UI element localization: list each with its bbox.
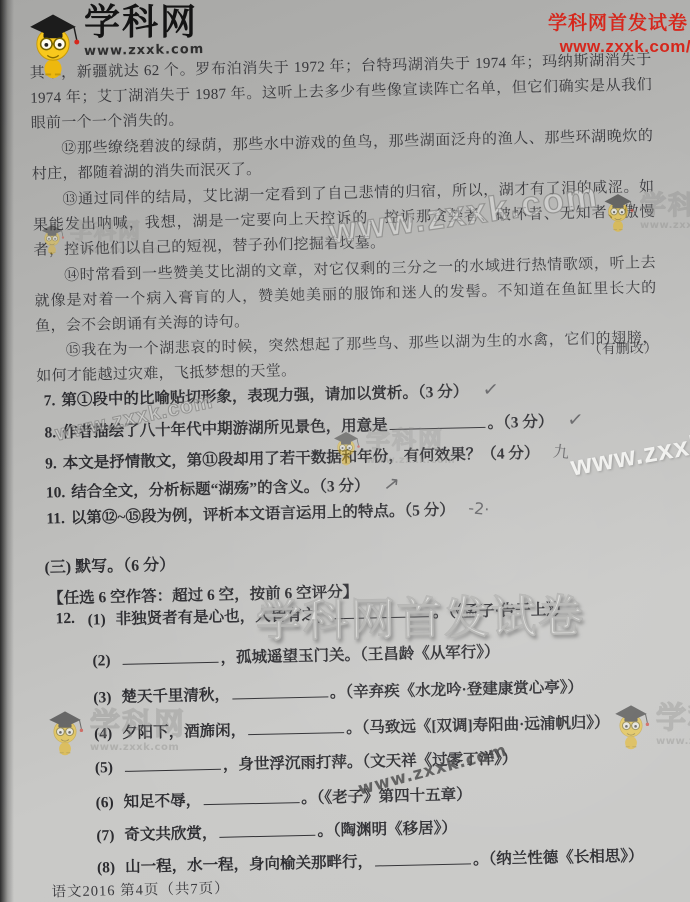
page-footer: 语文2016 第4页（共7页） [51,877,230,902]
item-source: 。（马致远《[双调]寿阳曲·远浦帆归》） [346,714,610,737]
dictation-item-6: (6)知足不辱，。（《老子》第四十五章） [95,780,675,815]
item-text: 楚天千里清秋， [121,687,230,706]
pencil-check-mark: ✓ [481,378,499,401]
item-source: ，身世浮沉雨打萍。（文天祥《过零丁洋》） [223,750,518,773]
item-text: 非独贤者有是心也，人皆有之， [116,606,333,628]
item-source: 。（纳兰性德《长相思》） [473,848,644,869]
question-text: 作者描绘了八十年代中期游湖所见景色，用意是 [62,417,388,441]
dictation-item-4: (4)夕阳下，酒旆闲，。（马致远《[双调]寿阳曲·远浦帆归》） [94,711,674,746]
item-number: (4) [94,725,112,742]
item-number: (2) [92,652,110,669]
item-text: 知足不辱， [124,792,202,811]
item-source: 。（辛弃疾《水龙吟·登建康赏心亭》） [330,679,583,702]
item-source: 。（《孟子·告子上》） [432,601,569,621]
item-number: (1) [87,611,105,628]
dictation-item-8: (8)山一程，水一程，身向榆关那畔行，。（纳兰性德《长相思》） [97,845,677,880]
answer-blank [122,650,218,665]
item-source: 。（陶渊明《移居》） [317,820,457,840]
question-number: 8. [44,424,56,441]
answer-blank [125,757,221,772]
item-number: (7) [96,827,114,844]
passage-paragraph-11: 其中，新疆就达 62 个。罗布泊消失于 1972 年；台特玛湖消失于 1974 … [29,48,652,137]
dictation-item-5: (5)，身世浮沉雨打萍。（文天祥《过零丁洋》） [95,745,675,780]
question-text: 。（3 分） [487,413,553,431]
question-8: 8.作者描绘了八十年代中期游湖所见景色，用意是。（3 分）✓ [44,407,654,444]
item-text: 夕阳下，酒旆闲， [122,722,246,742]
pencil-arrow-mark: ↗ [382,472,400,495]
dictation-item-7: (7)奇文共欣赏，。（陶渊明《移居》） [96,813,676,848]
question-text: 本文是抒情散文，第⑪段却用了若干数据和年份，有何效果？（4 分） [63,445,540,472]
passage-paragraph-13: ⑬通过同伴的结局，艾比湖一定看到了自己悲情的归宿，所以，湖才有了泪的咸涩。如果能… [32,175,655,264]
answer-blank [219,823,315,838]
item-number: (6) [95,794,113,811]
answer-blank [375,851,471,866]
item-number: (5) [95,759,113,776]
item-text: 山一程，水一程，身向榆关那畔行， [125,853,373,875]
question-text: 以第⑫~⑮段为例，评析本文语言运用上的特点。（5 分） [71,502,455,527]
answer-blank [334,604,430,619]
passage-paragraph-14: ⑭时常看到一些赞美艾比湖的文章，对它仅剩的三分之一的水域进行热情歌颂，听上去就像… [34,251,657,340]
pencil-stroke-mark: 九 [552,441,570,464]
item-number: (3) [93,689,111,706]
pencil-check-mark: ✓ [566,408,584,431]
section-3-title: (三) 默写。（6 分） [44,552,175,578]
question-number: 7. [44,392,56,409]
pencil-score-mark: ‑2· [468,497,491,521]
answer-blank [203,790,299,805]
item-number: (8) [97,859,115,876]
answer-blank [389,415,485,430]
scanned-exam-page: 其中，新疆就达 62 个。罗布泊消失于 1972 年；台特玛湖消失于 1974 … [0,0,690,902]
item-source: 。（《老子》第四十五章） [301,786,472,807]
question-number: 11. [46,510,65,527]
question-number: 9. [45,455,57,472]
dictation-item-3: (3)楚天千里清秋，。（辛弃疾《水龙吟·登建康赏心亭》） [93,675,673,710]
dictation-item-2: (2)，孤城遥望玉门关。（王昌龄《从军行》） [92,638,672,673]
answer-blank [232,684,328,699]
item-source: ，孤城遥望玉门关。（王昌龄《从军行》） [220,644,499,667]
question-text: 结合全文，分析标题“湖殇”的含义。（3 分） [71,477,370,501]
printed-content: 其中，新疆就达 62 个。罗布泊消失于 1972 年；台特玛湖消失于 1974 … [0,0,690,902]
question-12-number: 12. [55,610,75,628]
answer-blank [248,720,344,735]
question-number: 10. [46,484,66,501]
question-text: 第①段中的比喻贴切形象，表现力强，请加以赏析。（3 分） [61,383,468,409]
item-text: 奇文共欣赏， [124,825,217,844]
